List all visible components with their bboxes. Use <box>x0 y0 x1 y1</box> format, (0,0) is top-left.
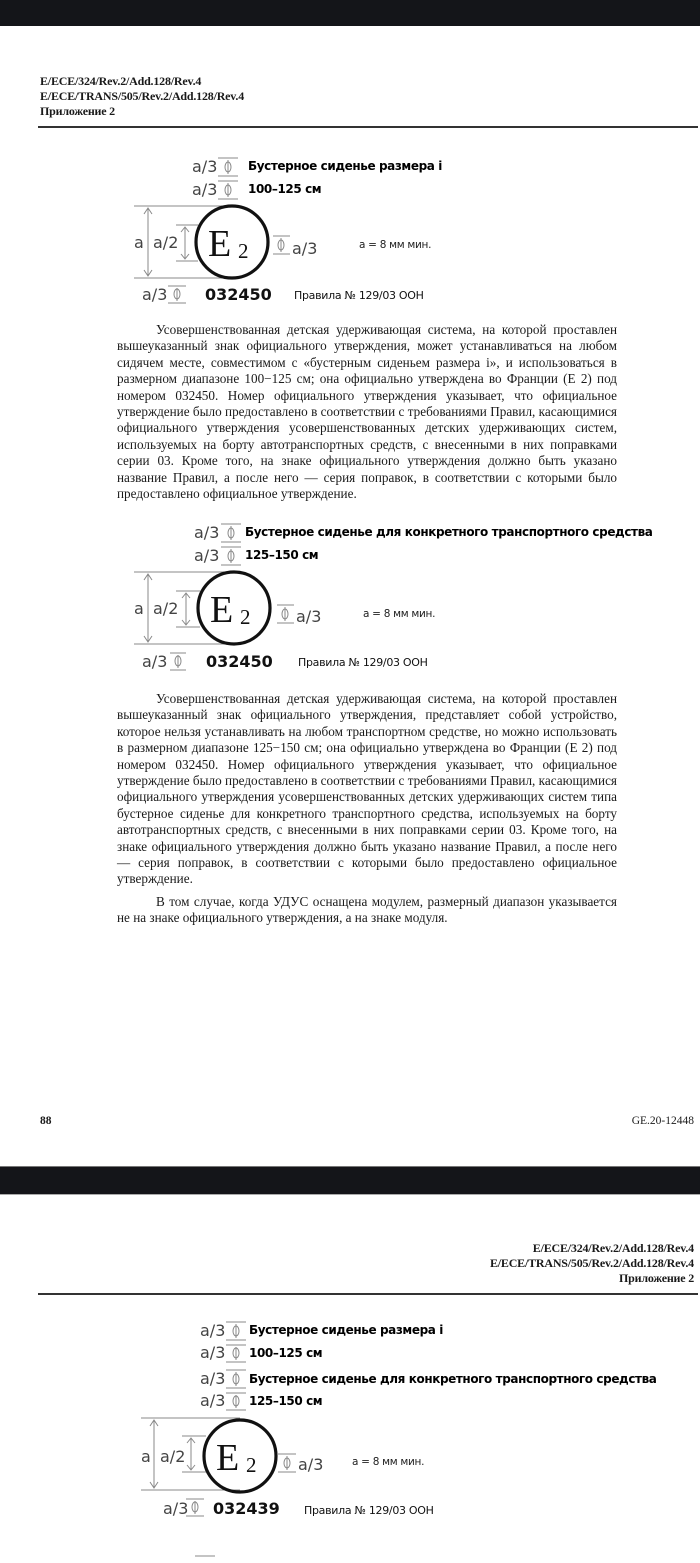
svg-text:a/3: a/3 <box>200 1369 225 1388</box>
paragraph-1: Усовершенствованная детская удерживающая… <box>117 322 617 502</box>
viewer-top-bar <box>0 0 700 26</box>
page1-header: E/ECE/324/Rev.2/Add.128/Rev.4 E/ECE/TRAN… <box>40 74 244 119</box>
svg-text:a/3: a/3 <box>163 1499 188 1518</box>
annex-label: Приложение 2 <box>40 104 244 119</box>
regulation-label: Правила № 129/03 ООН <box>304 1504 434 1517</box>
svg-text:a/2: a/2 <box>153 599 178 618</box>
doc-symbol-2: E/ECE/TRANS/505/Rev.2/Add.128/Rev.4 <box>40 89 244 104</box>
doc-symbol-1: E/ECE/324/Rev.2/Add.128/Rev.4 <box>40 74 244 89</box>
doc-code: GE.20-12448 <box>632 1115 694 1127</box>
regulation-label: Правила № 129/03 ООН <box>294 289 424 302</box>
approval-number: 032450 <box>206 652 273 671</box>
mark-letter: E <box>216 1437 239 1479</box>
svg-text:a/2: a/2 <box>160 1447 185 1466</box>
doc-symbol-1: E/ECE/324/Rev.2/Add.128/Rev.4 <box>490 1241 694 1256</box>
svg-text:a: a <box>134 233 144 252</box>
svg-text:a/3: a/3 <box>194 546 219 565</box>
page-separator-bar <box>0 1166 700 1195</box>
mark-label-category-1: Бустерное сиденье размера i <box>249 1323 443 1337</box>
svg-text:a/3: a/3 <box>298 1455 323 1474</box>
svg-text:a/3: a/3 <box>200 1391 225 1410</box>
regulation-label: Правила № 129/03 ООН <box>298 656 428 669</box>
svg-text:a/3: a/3 <box>192 157 217 176</box>
a-min-note: a = 8 мм мин. <box>359 239 431 251</box>
svg-text:a/2: a/2 <box>153 233 178 252</box>
doc-symbol-2: E/ECE/TRANS/505/Rev.2/Add.128/Rev.4 <box>490 1256 694 1271</box>
svg-text:a: a <box>141 1447 151 1466</box>
mark-country-code: 2 <box>240 605 251 629</box>
approval-mark-1: E 2 a/3 a/3 Бустерное сиденье размера i … <box>0 150 700 310</box>
mark-label-size-range: 100–125 см <box>248 182 321 196</box>
header-rule <box>38 1293 698 1295</box>
mark-letter: E <box>208 223 231 265</box>
approval-number: 032439 <box>213 1499 280 1518</box>
mark-country-code: 2 <box>238 239 249 263</box>
svg-text:a/3: a/3 <box>194 523 219 542</box>
svg-text:a/3: a/3 <box>292 239 317 258</box>
mark-label-category-2: Бустерное сиденье для конкретного трансп… <box>249 1372 657 1386</box>
approval-mark-2: E 2 a/3 a/3 Бустерное сиденье для конкре… <box>0 516 700 676</box>
svg-text:a/3: a/3 <box>142 652 167 671</box>
annex-label: Приложение 2 <box>490 1271 694 1286</box>
a-min-note: a = 8 мм мин. <box>363 608 435 620</box>
a-min-note: a = 8 мм мин. <box>352 1456 424 1468</box>
paragraph-3: В том случае, когда УДУС оснащена модуле… <box>117 894 617 927</box>
approval-mark-3: E 2 a/3 a/3 a/3 a/3 Бустерное сиденье ра… <box>0 1318 700 1563</box>
page2-header: E/ECE/324/Rev.2/Add.128/Rev.4 E/ECE/TRAN… <box>490 1241 694 1286</box>
mark-label-size-range: 125–150 см <box>245 548 318 562</box>
svg-text:a/3: a/3 <box>296 607 321 626</box>
page-number: 88 <box>40 1115 52 1127</box>
svg-text:a: a <box>134 599 144 618</box>
mark-label-category: Бустерное сиденье для конкретного трансп… <box>245 525 653 539</box>
svg-text:a/3: a/3 <box>200 1321 225 1340</box>
mark-letter: E <box>210 589 233 631</box>
mark-country-code: 2 <box>246 1453 257 1477</box>
paragraph-2: Усовершенствованная детская удерживающая… <box>117 691 617 888</box>
mark-label-size-range-2: 125–150 см <box>249 1394 322 1408</box>
svg-text:a/3: a/3 <box>142 285 167 304</box>
svg-text:a/3: a/3 <box>200 1343 225 1362</box>
approval-number: 032450 <box>205 285 272 304</box>
header-rule <box>38 126 698 128</box>
mark-label-size-range-1: 100–125 см <box>249 1346 322 1360</box>
mark-label-category: Бустерное сиденье размера i <box>248 159 442 173</box>
svg-text:a/3: a/3 <box>192 180 217 199</box>
